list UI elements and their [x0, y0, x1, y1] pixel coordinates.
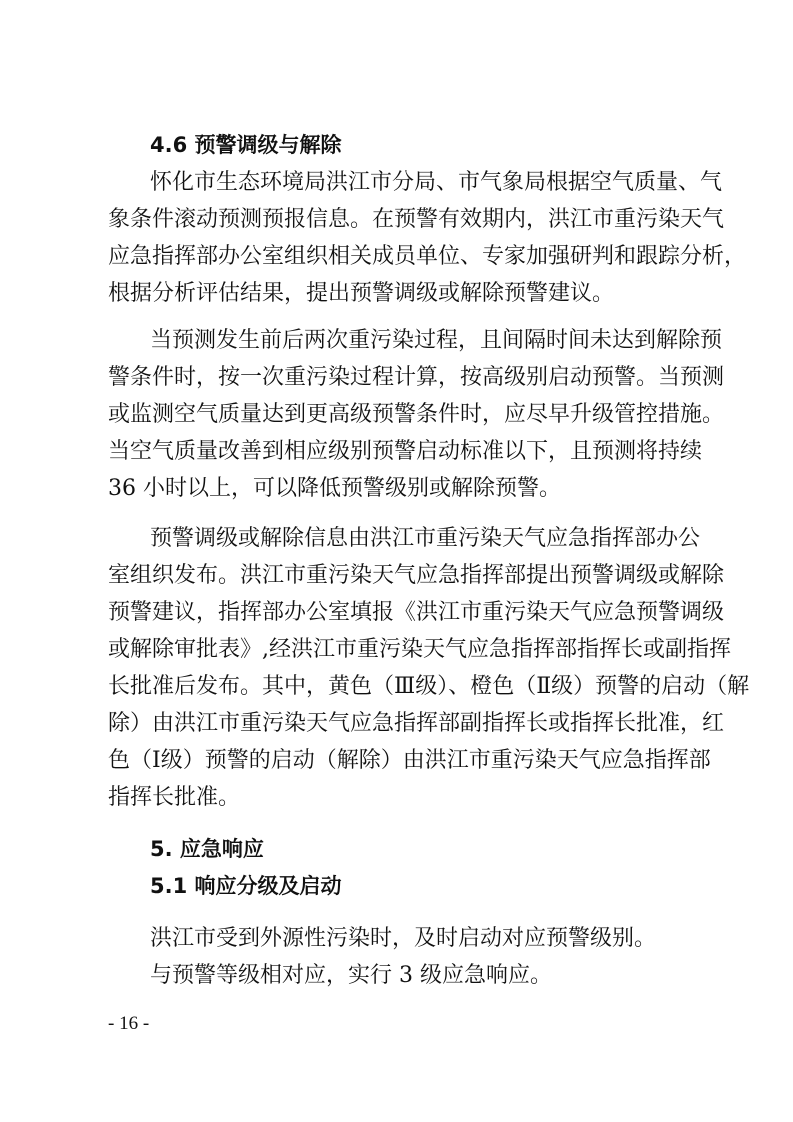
paragraph-line: 除）由洪江市重污染天气应急指挥部副指挥长或指挥长批准，红 — [108, 711, 692, 737]
section-heading-4-6: 4.6 预警调级与解除 — [150, 132, 342, 158]
paragraph-line: 36 小时以上，可以降低预警级别或解除预警。 — [108, 476, 692, 502]
paragraph-line: 或监测空气质量达到更高级预警条件时，应尽早升级管控措施。 — [108, 402, 692, 428]
paragraph-line: 怀化市生态环境局洪江市分局、市气象局根据空气质量、气 — [150, 170, 692, 196]
paragraph-line: 根据分析评估结果，提出预警调级或解除预警建议。 — [108, 281, 692, 307]
paragraph-line: 应急指挥部办公室组织相关成员单位、专家加强研判和跟踪分析， — [108, 244, 692, 270]
paragraph-line: 色（Ⅰ级）预警的启动（解除）由洪江市重污染天气应急指挥部 — [108, 748, 692, 774]
paragraph-line: 当预测发生前后两次重污染过程，且间隔时间未达到解除预 — [150, 328, 692, 354]
paragraph-line: 指挥长批准。 — [108, 785, 692, 811]
paragraph-line: 室组织发布。洪江市重污染天气应急指挥部提出预警调级或解除 — [108, 563, 692, 589]
document-page: 4.6 预警调级与解除 怀化市生态环境局洪江市分局、市气象局根据空气质量、气 象… — [0, 0, 793, 1122]
section-heading-5-1: 5.1 响应分级及启动 — [150, 873, 342, 899]
paragraph-line: 当空气质量改善到相应级别预警启动标准以下，且预测将持续 — [108, 439, 692, 465]
paragraph-line: 与预警等级相对应，实行 3 级应急响应。 — [150, 963, 692, 989]
paragraph-line: 洪江市受到外源性污染时，及时启动对应预警级别。 — [150, 926, 692, 952]
paragraph-line: 警条件时，按一次重污染过程计算，按高级别启动预警。当预测 — [108, 365, 692, 391]
paragraph-line: 象条件滚动预测预报信息。在预警有效期内，洪江市重污染天气 — [108, 207, 692, 233]
paragraph-line: 预警调级或解除信息由洪江市重污染天气应急指挥部办公 — [150, 526, 692, 552]
paragraph-line: 预警建议，指挥部办公室填报《洪江市重污染天气应急预警调级 — [108, 600, 692, 626]
paragraph-line: 长批准后发布。其中，黄色（Ⅲ级）、橙色（Ⅱ级）预警的启动（解 — [108, 674, 692, 700]
section-heading-5: 5. 应急响应 — [150, 836, 264, 862]
paragraph-line: 或解除审批表》,经洪江市重污染天气应急指挥部指挥长或副指挥 — [108, 637, 692, 663]
page-number: - 16 - — [108, 1012, 149, 1036]
